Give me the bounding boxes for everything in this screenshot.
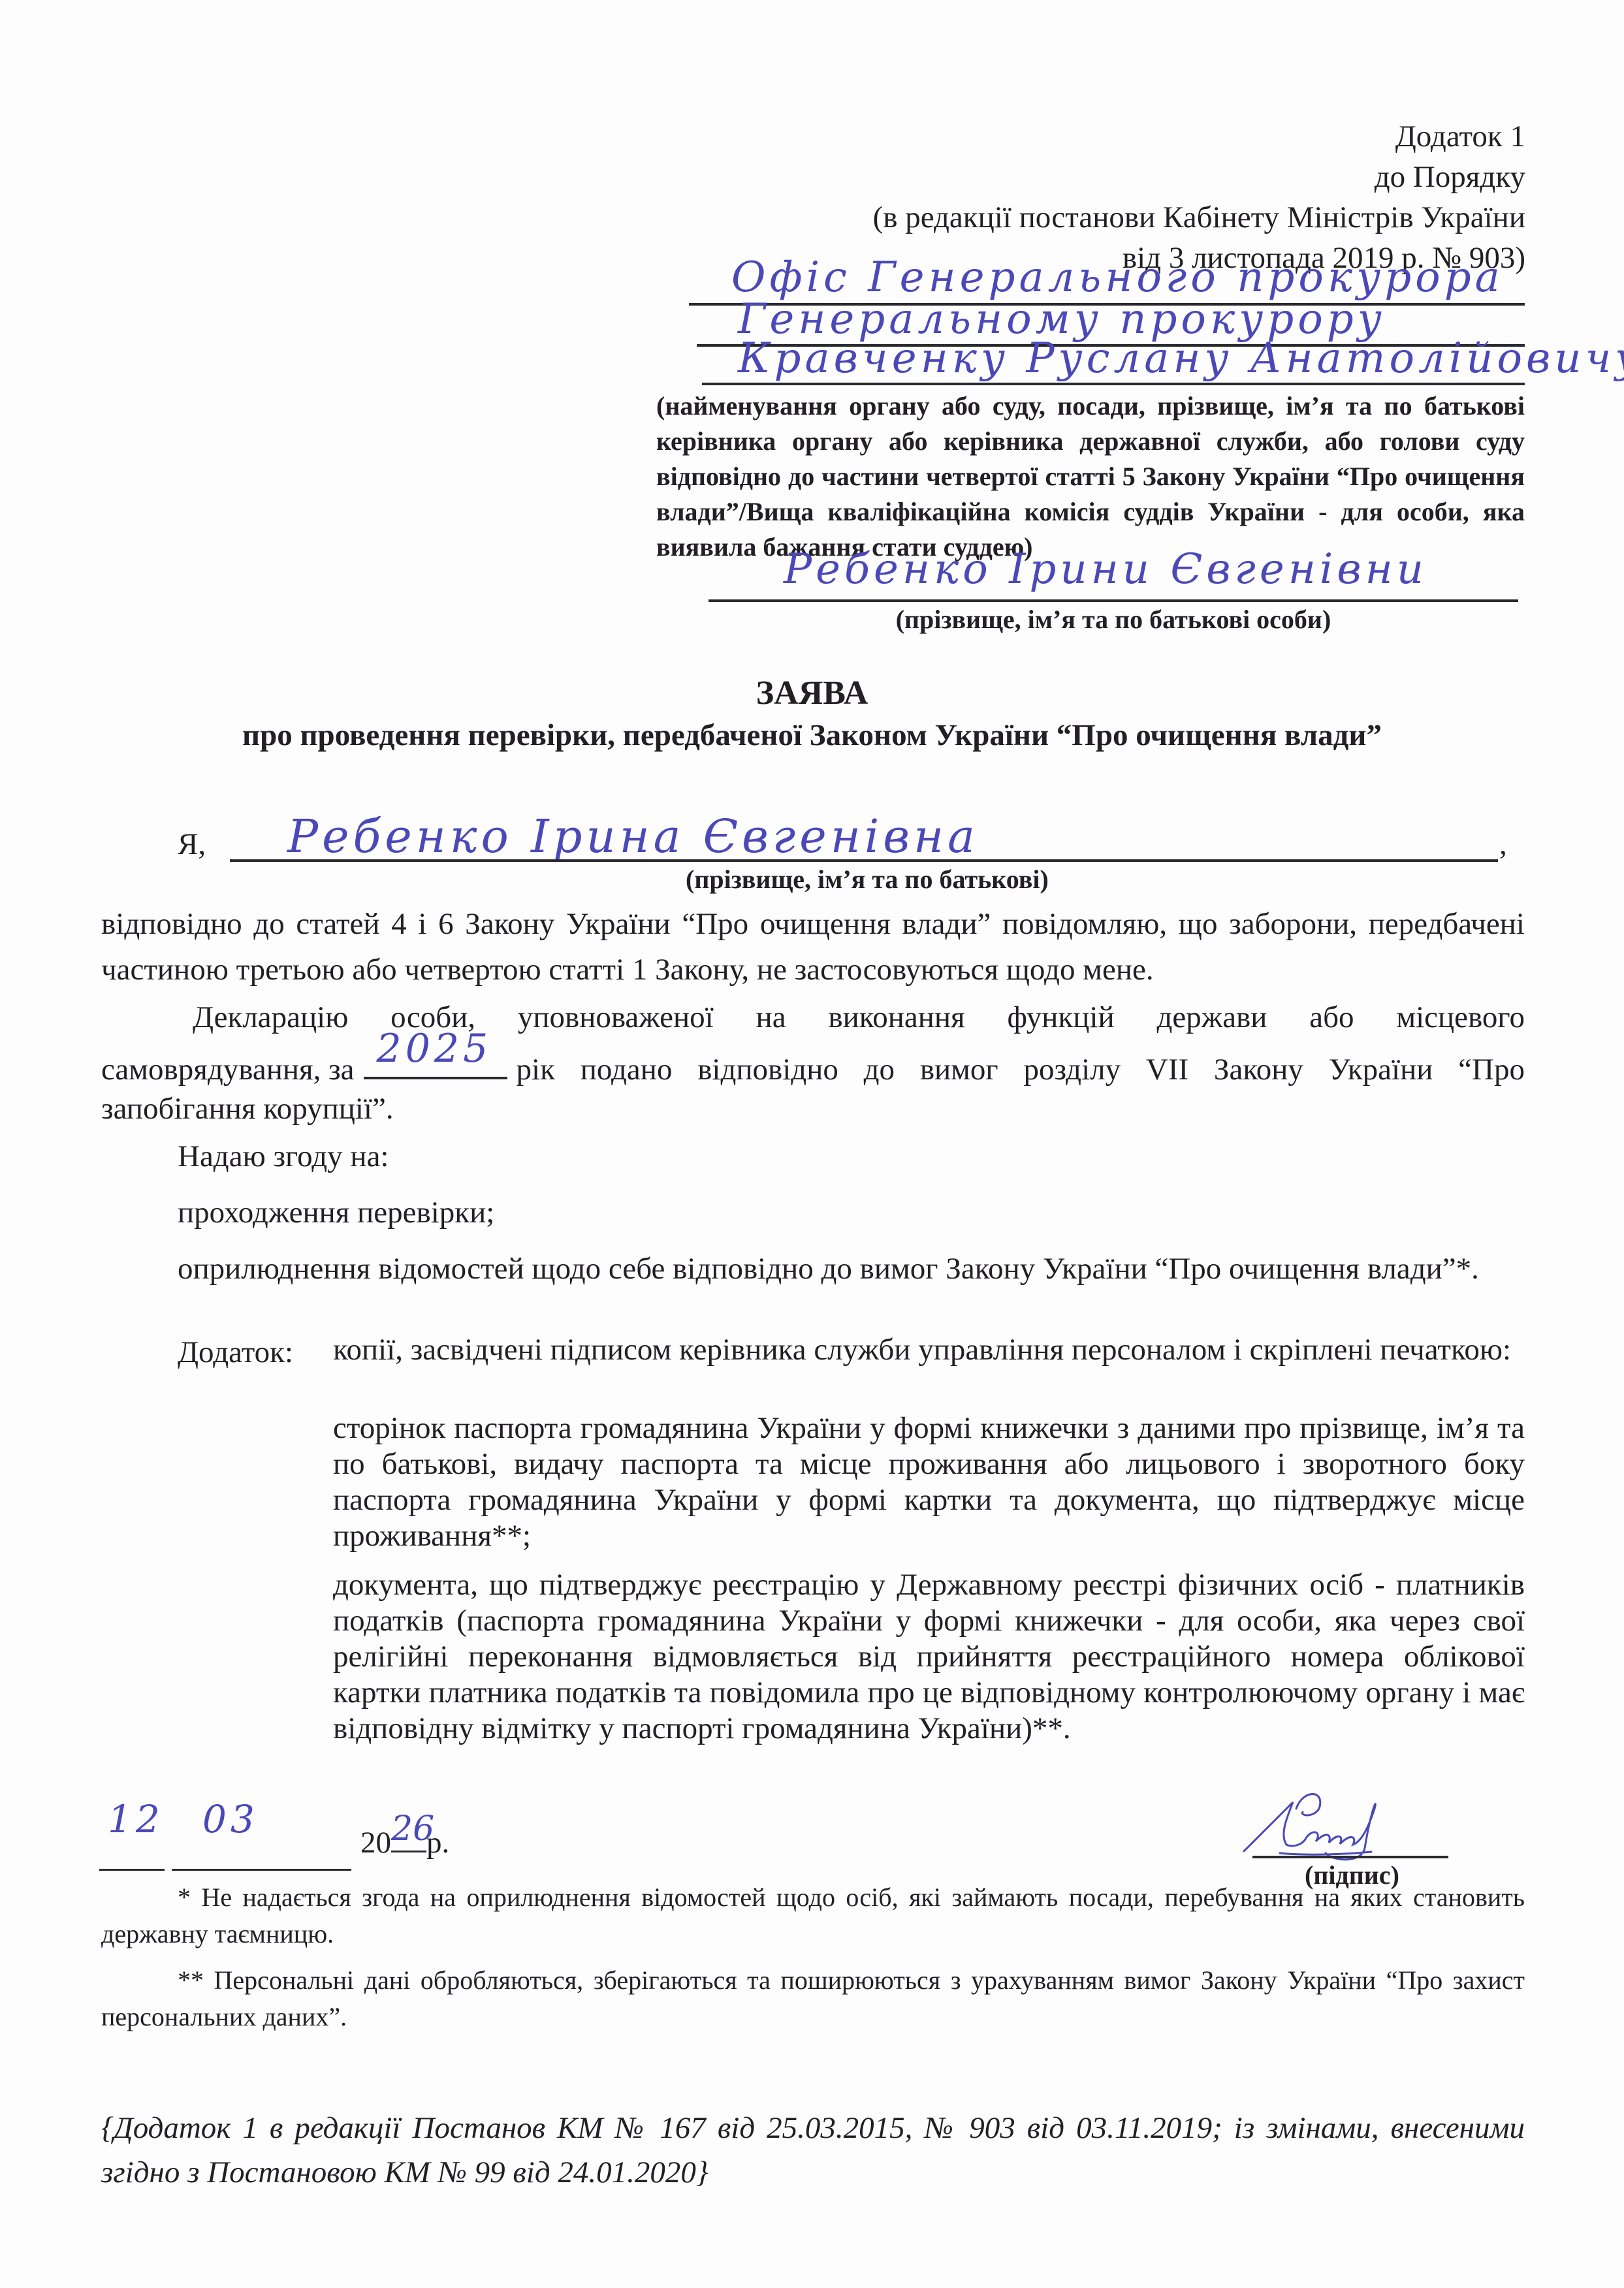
addressee-underline-3	[702, 383, 1525, 385]
document-page: Додаток 1 до Порядку (в редакції постано…	[0, 0, 1624, 2288]
editorial-note: {Додаток 1 в редакції Постанов КМ № 167 …	[101, 2106, 1525, 2195]
signature-icon	[1241, 1783, 1391, 1861]
declaration-year-handwritten: 2025	[377, 1028, 492, 1069]
declaration-name-caption: (прізвище, ім’я та по батькові)	[686, 862, 1049, 897]
date-day-handwritten: 12	[108, 1797, 164, 1841]
date-month-underline	[172, 1869, 351, 1871]
header-edition: (в редакції постанови Кабінету Міністрів…	[718, 197, 1525, 238]
declaration-paragraph-2-end: запобігання корупції”.	[101, 1088, 394, 1129]
date-month-handwritten: 03	[202, 1797, 259, 1841]
applicant-caption: (прізвище, ім’я та по батькові особи)	[709, 602, 1518, 637]
date-year-field: 26	[391, 1818, 426, 1852]
addressee-handwritten-line-3: Кравченку Руслану Анатолійовичу	[738, 334, 1624, 383]
addressee-handwritten-line-1: Офіс Генерального прокурора	[731, 253, 1504, 302]
attachments-label: Додаток:	[178, 1332, 293, 1373]
document-subtitle: про проведення перевірки, передбаченої З…	[0, 715, 1624, 755]
declaration-prefix: Я,	[178, 824, 206, 865]
declaration-paragraph-1: відповідно до статей 4 і 6 Закону Україн…	[101, 901, 1525, 993]
footnote-state-secret: * Не надається згода на оприлюднення від…	[101, 1879, 1525, 1952]
header-appendix-number: Додаток 1	[718, 116, 1525, 157]
consent-item-publication: оприлюднення відомостей щодо себе відпов…	[101, 1248, 1525, 1289]
declaration-paragraph-2-pre: самоврядування, за	[101, 1049, 355, 1090]
date-year-prefix: 20	[360, 1822, 391, 1863]
date-day-underline	[99, 1869, 165, 1871]
applicant-handwritten-name: Ребенко Ірини Євгенівни	[784, 545, 1427, 594]
date-year: 20 26 р.	[360, 1818, 449, 1863]
attachments-item-passport: сторінок паспорта громадянина України у …	[333, 1410, 1525, 1554]
declaration-comma: ,	[1499, 824, 1507, 865]
footnote-personal-data: ** Персональні дані обробляються, зберіг…	[101, 1962, 1525, 2035]
declaration-year-field: 2025	[364, 1043, 507, 1079]
attachments-item-tax-registration: документа, що підтверджує реєстрацію у Д…	[333, 1567, 1525, 1747]
consent-intro: Надаю згоду на:	[178, 1136, 389, 1177]
declaration-handwritten-name: Ребенко Ірина Євгенівна	[287, 810, 979, 863]
header-to-procedure: до Порядку	[718, 157, 1525, 197]
declaration-paragraph-2-line-2: самоврядування, за 2025 рік подано відпо…	[101, 1043, 1525, 1090]
attachments-intro: копії, засвідчені підписом керівника слу…	[333, 1332, 1525, 1368]
consent-item-verification: проходження перевірки;	[178, 1192, 494, 1233]
addressee-caption: (найменування органу або суду, посади, п…	[656, 389, 1525, 565]
declaration-paragraph-2-post: рік подано відповідно до вимог розділу V…	[517, 1049, 1525, 1090]
document-title: ЗАЯВА	[0, 673, 1624, 714]
date-year-handwritten: 26	[391, 1809, 434, 1849]
